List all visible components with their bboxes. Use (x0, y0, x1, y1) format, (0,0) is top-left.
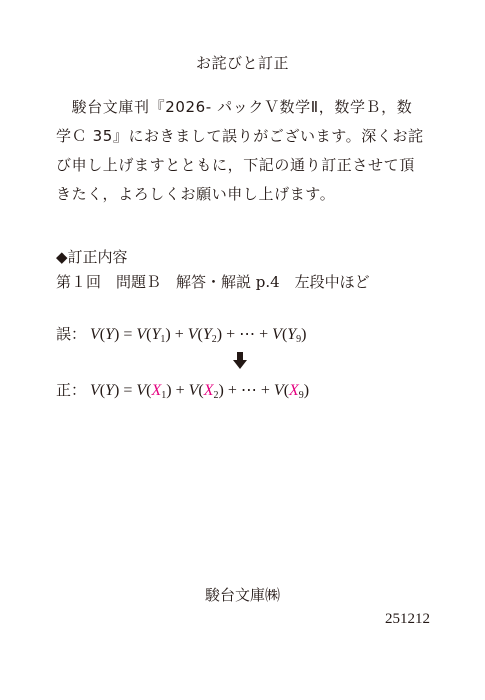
body-line-4: きたく，よろしくお願い申し上げます。 (56, 184, 335, 204)
term-var-highlight: X (152, 382, 162, 399)
term-sub: 9 (299, 390, 304, 401)
term-var: Y (203, 326, 212, 343)
document-code: 251212 (385, 611, 430, 628)
body-line-3: び申し上げますとともに，下記の通り訂正させて頂 (56, 155, 415, 175)
term-var-highlight: X (204, 382, 214, 399)
down-arrow-icon (233, 352, 247, 370)
term-sub: 2 (214, 390, 219, 401)
term-sub: 2 (212, 334, 217, 345)
term-sub: 1 (161, 390, 166, 401)
term-sub: 1 (160, 334, 165, 345)
formula-correct: 正： V(Y) = V(X1) + V(X2) + ⋯ + V(X9) (56, 379, 309, 401)
page-title: お詫びと訂正 (0, 52, 485, 73)
wrong-label: 誤： (56, 325, 86, 343)
section-heading: ◆訂正内容 (56, 246, 128, 267)
term-sub: 9 (296, 334, 301, 345)
term-var-highlight: X (289, 382, 299, 399)
body-line-1: 駿台文庫刊『2026- パックＶ数学Ⅱ，数学Ｂ，数 (56, 97, 412, 117)
body-line-2: 学Ｃ 35』におきまして誤りがございます。深くお詫 (56, 126, 424, 146)
correction-location: 第１回 問題Ｂ 解答・解説 p.4 左段中ほど (56, 271, 370, 292)
correct-label: 正： (56, 381, 86, 399)
term-var: Y (287, 326, 296, 343)
formula-wrong: 誤： V(Y) = V(Y1) + V(Y2) + ⋯ + V(Y9) (56, 323, 307, 345)
publisher-name: 駿台文庫㈱ (0, 584, 485, 605)
